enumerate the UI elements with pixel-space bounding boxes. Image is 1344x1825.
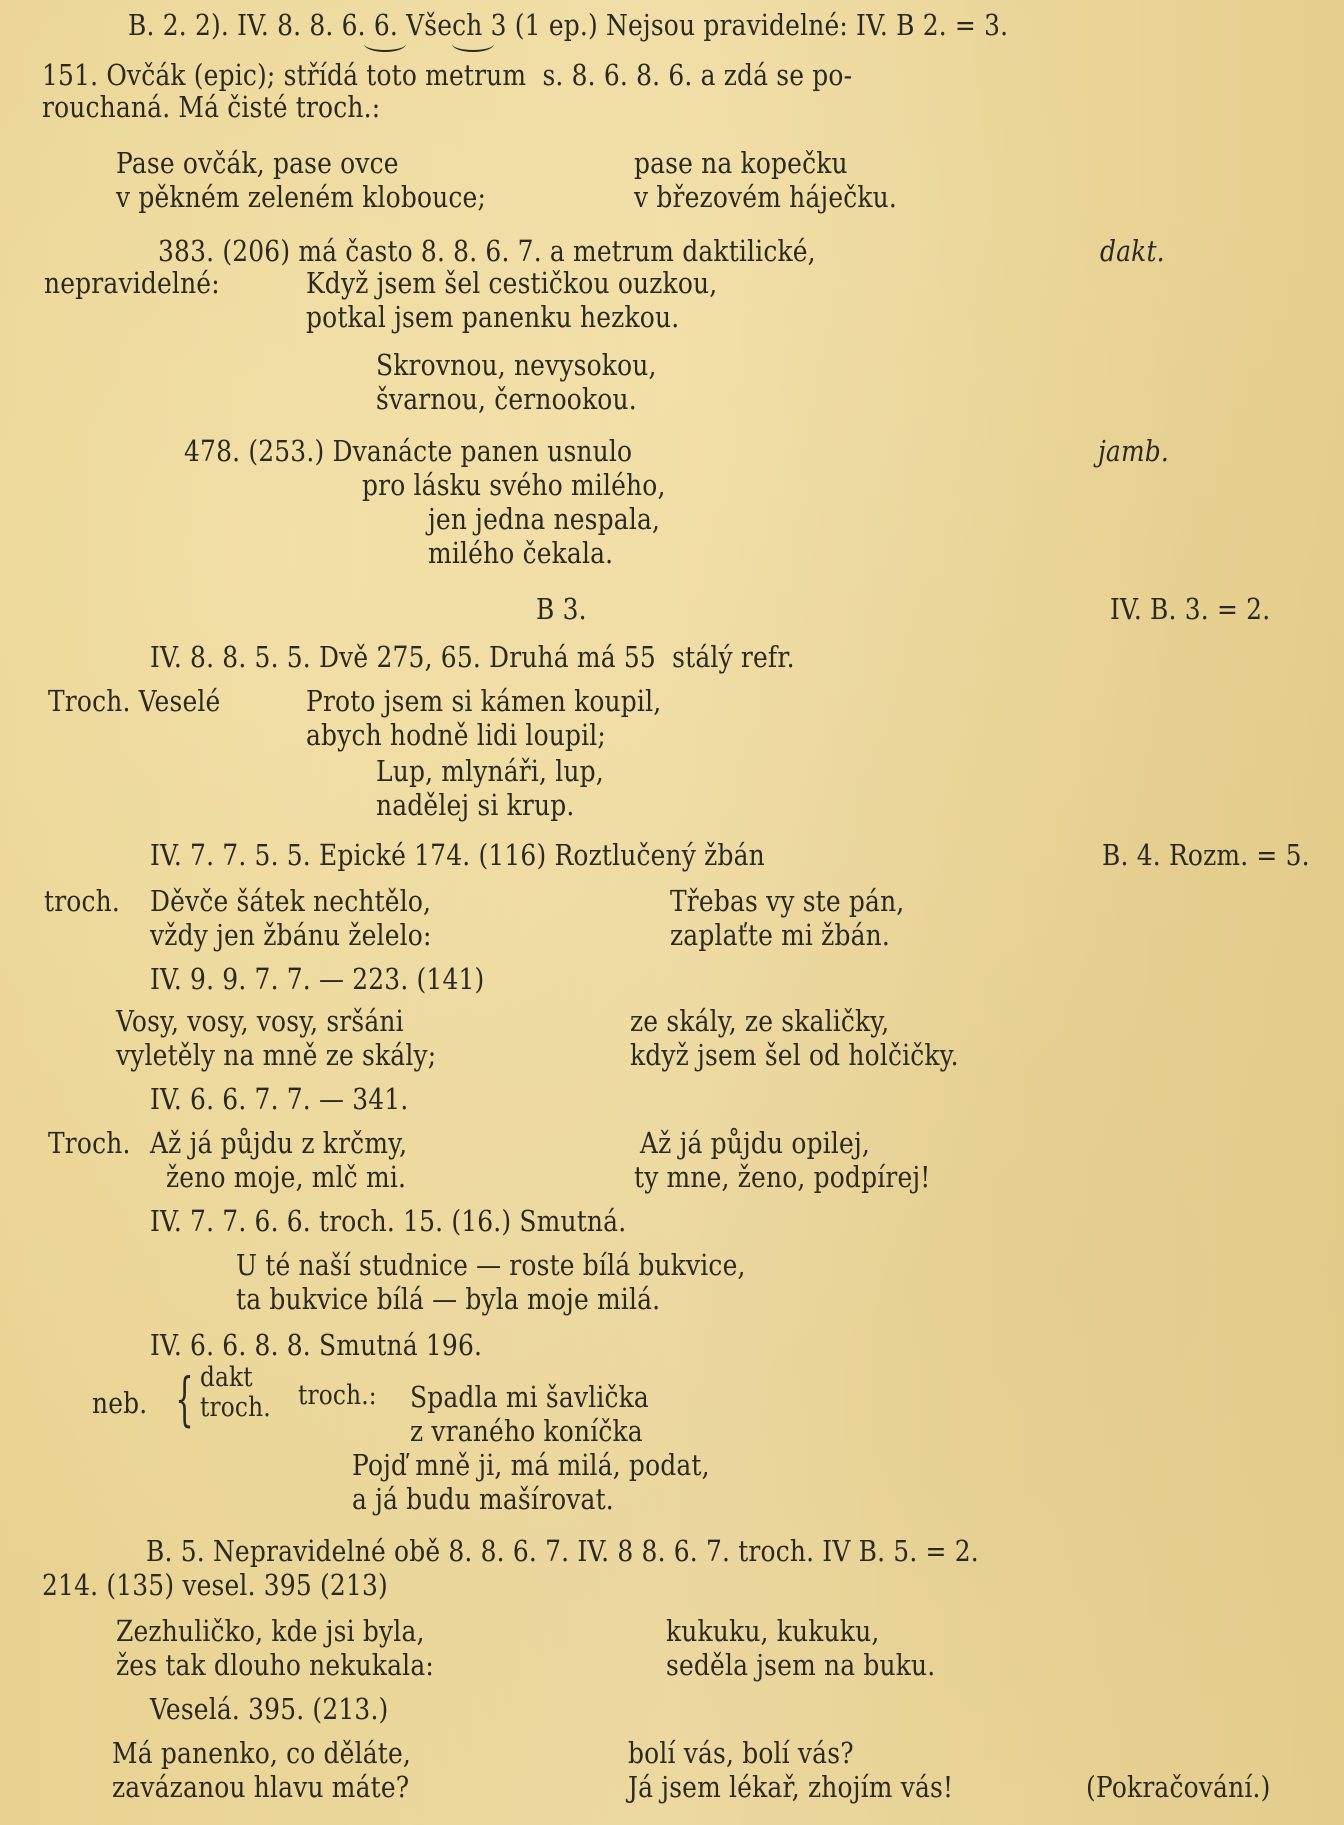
label: troch.	[44, 884, 120, 918]
verse-line: U té naší studnice — roste bílá bukvice,	[236, 1248, 746, 1282]
paragraph-line: IV. 7. 7. 6. 6. troch. 15. (16.) Smutná.	[150, 1204, 626, 1238]
brace-icon: {	[175, 1370, 193, 1428]
scanned-page: B. 2. 2). IV. 8. 8. 6. 6. Všech 3 (1 ep.…	[0, 0, 1344, 1825]
paragraph-line: 383. (206) má často 8. 8. 6. 7. a metrum…	[158, 234, 816, 268]
verse-line: Spadla mi šavlička	[410, 1380, 649, 1414]
verse-line: Proto jsem si kámen koupil,	[306, 684, 661, 718]
paragraph-line: IV. 7. 7. 5. 5. Epické 174. (116) Roztlu…	[150, 838, 765, 872]
verse-line: milého čekala.	[428, 536, 613, 570]
verse-line: Když jsem šel cestičkou ouzkou,	[306, 266, 717, 300]
paragraph-line: IV. 6. 6. 8. 8. Smutná 196.	[150, 1328, 482, 1362]
verse-line: Lup, mlynáři, lup,	[376, 754, 604, 788]
verse-line: pase na kopečku	[634, 146, 848, 180]
verse-line: Vosy, vosy, vosy, sršáni	[116, 1004, 404, 1038]
paragraph-line: IV. 8. 8. 5. 5. Dvě 275, 65. Druhá má 55…	[150, 640, 795, 674]
verse-line: Děvče šátek nechtělo,	[150, 884, 431, 918]
paragraph-line: IV. 6. 6. 7. 7. — 341.	[150, 1082, 408, 1116]
verse-line: Až já půjdu z krčmy,	[150, 1126, 407, 1160]
verse-line: zavázanou hlavu máte?	[112, 1770, 409, 1804]
verse-line: vždy jen žbánu želelo:	[150, 918, 432, 952]
verse-line: z vraného koníčka	[410, 1414, 643, 1448]
label: troch.:	[298, 1382, 377, 1410]
verse-line: ta bukvice bílá — byla moje milá.	[236, 1282, 660, 1316]
verse-line: vyletěly na mně ze skály;	[116, 1038, 436, 1072]
paragraph-line: rouchaná. Má čisté troch.:	[42, 90, 380, 124]
verse-line: seděla jsem na buku.	[666, 1648, 935, 1682]
verse-line: Až já půjdu opilej,	[640, 1126, 870, 1160]
paragraph-line: Veselá. 395. (213.)	[150, 1692, 388, 1726]
verse-line: Pojď mně ji, má milá, podat,	[352, 1448, 710, 1482]
verse-line: Má panenko, co děláte,	[112, 1736, 411, 1770]
paragraph-line: IV. 9. 9. 7. 7. — 223. (141)	[150, 962, 484, 996]
verse-line: ty mne, ženo, podpírej!	[634, 1160, 930, 1194]
verse-line: Pase ovčák, pase ovce	[116, 146, 399, 180]
verse-line: švarnou, černookou.	[376, 382, 637, 416]
verse-line: když jsem šel od holčičky.	[630, 1038, 959, 1072]
verse-line: a já budu mašírovat.	[352, 1482, 614, 1516]
label: nepravidelné:	[44, 266, 220, 300]
paragraph-line: 151. Ovčák (epic); střídá toto metrum s.…	[42, 58, 852, 92]
label: Troch. Veselé	[48, 684, 220, 718]
verse-line: ženo moje, mlč mi.	[166, 1160, 406, 1194]
ligature-arc	[452, 36, 494, 52]
verse-line: bolí vás, bolí vás?	[628, 1736, 854, 1770]
section-count: B. 4. Rozm. = 5.	[1102, 838, 1310, 872]
ligature-arc	[364, 36, 406, 52]
verse-line: Zezhuličko, kde jsi byla,	[116, 1614, 425, 1648]
verse-line: pro lásku svého milého,	[362, 468, 666, 502]
label: troch.	[200, 1394, 271, 1422]
verse-line: v pěkném zeleném klobouce;	[116, 180, 486, 214]
verse-line: abych hodně lidi loupil;	[306, 718, 606, 752]
verse-line: Třebas vy ste pán,	[670, 884, 904, 918]
verse-line: v březovém háječku.	[634, 180, 897, 214]
verse-line: potkal jsem panenku hezkou.	[306, 300, 679, 334]
verse-line: Já jsem lékař, zhojím vás!	[628, 1770, 953, 1804]
verse-line: Skrovnou, nevysokou,	[376, 348, 657, 382]
section-header-b2: B. 2. 2). IV. 8. 8. 6. 6. Všech 3 (1 ep.…	[128, 8, 1008, 42]
section-count: IV. B. 3. = 2.	[1110, 592, 1270, 626]
metre-note: dakt.	[1100, 234, 1165, 268]
verse-line: ze skály, ze skaličky,	[630, 1004, 889, 1038]
continued-note: (Pokračování.)	[1086, 1770, 1270, 1804]
verse-line: zaplaťte mi žbán.	[670, 918, 890, 952]
verse-line: nadělej si krup.	[376, 788, 574, 822]
section-header-b5: B. 5. Nepravidelné obě 8. 8. 6. 7. IV. 8…	[146, 1534, 979, 1568]
verse-line: žes tak dlouho nekukala:	[116, 1648, 434, 1682]
label: dakt	[200, 1364, 253, 1392]
metre-note: jamb.	[1098, 434, 1169, 468]
label: Troch.	[48, 1126, 131, 1160]
section-title-b3: B 3.	[536, 592, 587, 626]
verse-line: kukuku, kukuku,	[666, 1614, 879, 1648]
paragraph-line: 478. (253.) Dvanácte panen usnulo	[184, 434, 632, 468]
paragraph-line: 214. (135) vesel. 395 (213)	[42, 1568, 388, 1602]
label: neb.	[92, 1386, 147, 1420]
verse-line: jen jedna nespala,	[428, 502, 660, 536]
